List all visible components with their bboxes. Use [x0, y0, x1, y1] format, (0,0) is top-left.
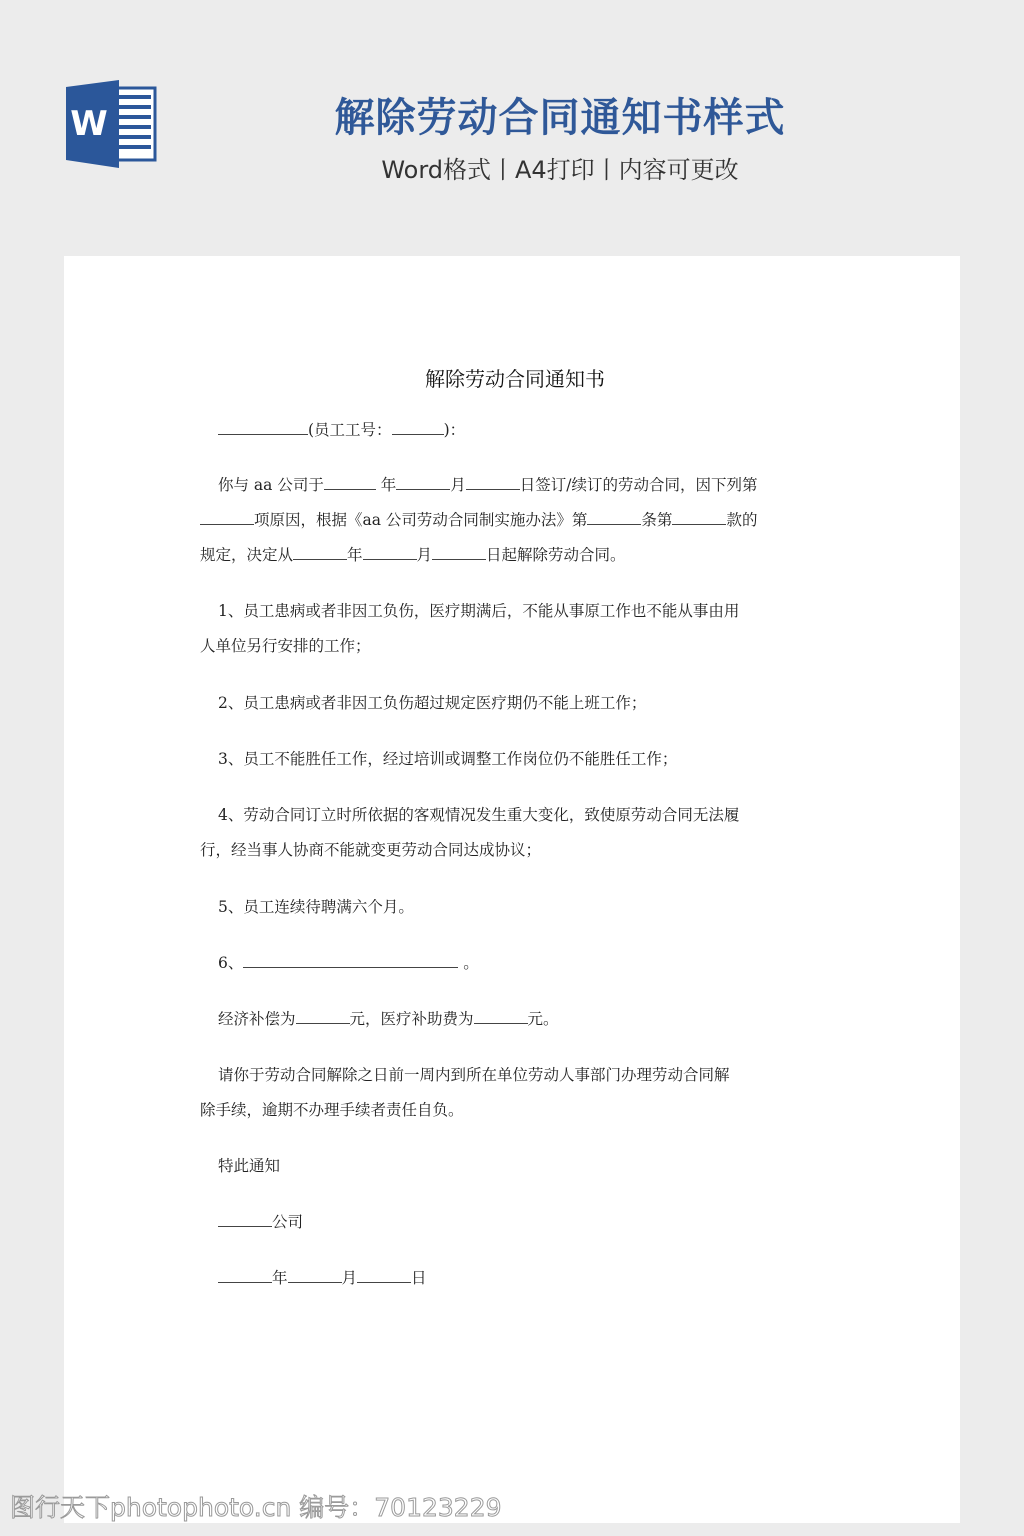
salutation-line: (员工工号：)：	[200, 418, 465, 442]
text: 经济补偿为	[218, 1010, 296, 1028]
termination-month-blank[interactable]	[363, 543, 417, 560]
employee-id-blank[interactable]	[392, 418, 444, 435]
word-document-icon: W	[64, 80, 158, 168]
text: 。	[458, 954, 478, 972]
text: 规定，决定从	[200, 546, 293, 564]
reason-item-1-line-2: 人单位另行安排的工作；	[200, 634, 371, 658]
date-year-blank[interactable]	[218, 1266, 272, 1283]
text: 你与 aa 公司于	[218, 476, 324, 494]
text: 条第	[641, 511, 672, 529]
text: 6、	[218, 954, 243, 972]
svg-text:W: W	[70, 104, 108, 144]
reason-number-blank[interactable]	[200, 508, 254, 525]
paragraph-1-line-2: 项原因，根据《aa 公司劳动合同制实施办法》第条第款的	[200, 508, 757, 532]
reason-item-4-line-1: 4、劳动合同订立时所依据的客观情况发生重大变化，致使原劳动合同无法履	[200, 803, 739, 827]
company-signature-line: 公司	[200, 1210, 303, 1234]
salutation-text-end: )：	[444, 421, 466, 439]
sign-month-blank[interactable]	[396, 473, 450, 490]
text: 款的	[726, 511, 757, 529]
date-signature-line: 年月日	[200, 1266, 427, 1290]
date-day-blank[interactable]	[357, 1266, 411, 1283]
text: 公司	[272, 1213, 303, 1231]
company-name-blank[interactable]	[218, 1210, 272, 1227]
closing-text: 特此通知	[200, 1154, 280, 1178]
instruction-line-1: 请你于劳动合同解除之日前一周内到所在单位劳动人事部门办理劳动合同解	[200, 1063, 730, 1087]
page-subtitle: Word格式丨A4打印丨内容可更改	[330, 152, 790, 188]
watermark-text: 图行天下photophoto.cn 编号：70123229	[10, 1488, 502, 1524]
sign-year-blank[interactable]	[324, 473, 376, 490]
reason-item-3: 3、员工不能胜任工作，经过培训或调整工作岗位仍不能胜任工作；	[200, 747, 677, 771]
reason-item-4-line-2: 行，经当事人协商不能就变更劳动合同达成协议；	[200, 838, 541, 862]
article-blank[interactable]	[587, 508, 641, 525]
other-reason-blank[interactable]	[243, 951, 458, 968]
text: 月	[450, 476, 466, 494]
date-month-blank[interactable]	[288, 1266, 342, 1283]
salutation-text: (员工工号：	[308, 421, 392, 439]
economic-compensation-blank[interactable]	[296, 1007, 350, 1024]
text: 日	[411, 1269, 427, 1287]
text: 元，医疗补助费为	[350, 1010, 474, 1028]
reason-item-1-line-1: 1、员工患病或者非因工负伤，医疗期满后，不能从事原工作也不能从事由用	[200, 599, 739, 623]
page-title: 解除劳动合同通知书样式	[330, 92, 790, 144]
compensation-line: 经济补偿为元，医疗补助费为元。	[200, 1007, 559, 1031]
text: 年	[272, 1269, 288, 1287]
medical-subsidy-blank[interactable]	[474, 1007, 528, 1024]
reason-item-5: 5、员工连续待聘满六个月。	[200, 895, 414, 919]
sign-day-blank[interactable]	[466, 473, 520, 490]
text: 项原因，根据《aa 公司劳动合同制实施办法》第	[254, 511, 587, 529]
text: 日签订/续订的劳动合同，因下列第	[520, 476, 758, 494]
text: 日起解除劳动合同。	[486, 546, 626, 564]
reason-item-2: 2、员工患病或者非因工负伤超过规定医疗期仍不能上班工作；	[200, 691, 646, 715]
text: 元。	[528, 1010, 559, 1028]
paragraph-1-line-3: 规定，决定从年月日起解除劳动合同。	[200, 543, 626, 567]
clause-blank[interactable]	[672, 508, 726, 525]
text: 月	[342, 1269, 358, 1287]
document-page: 解除劳动合同通知书 (员工工号：)： 你与 aa 公司于 年月日签订/续订的劳动…	[64, 256, 960, 1523]
termination-day-blank[interactable]	[432, 543, 486, 560]
employee-name-blank[interactable]	[218, 418, 308, 435]
paragraph-1-line-1: 你与 aa 公司于 年月日签订/续订的劳动合同，因下列第	[200, 473, 758, 497]
text: 年	[347, 546, 363, 564]
instruction-line-2: 除手续，逾期不办理手续者责任自负。	[200, 1098, 464, 1122]
text: 年	[376, 476, 396, 494]
reason-item-6: 6、 。	[200, 951, 479, 975]
text: 月	[417, 546, 433, 564]
termination-year-blank[interactable]	[293, 543, 347, 560]
document-title: 解除劳动合同通知书	[200, 364, 830, 394]
